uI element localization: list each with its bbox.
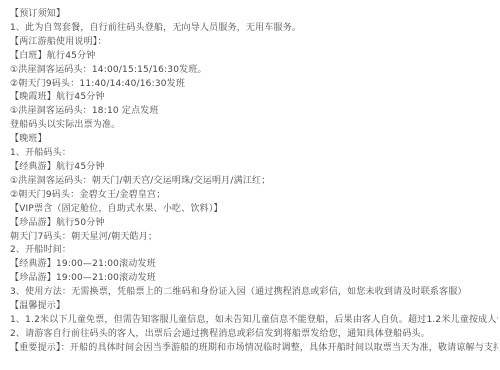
text-line: 登船码头以实际出票为准。 <box>10 119 498 133</box>
text-line: 1、此为自驾套餐，自行前往码头登船，无向导人员服务，无用车服务。 <box>10 22 498 36</box>
section-title-line: 【两江游船使用说明】： <box>10 36 498 50</box>
text-line: ②朝天门9码头：11:40/14:40/16:30发班 <box>10 78 498 92</box>
text-line: ②朝天门9码头：金碧女王/金碧皇宫； <box>10 189 498 203</box>
classic-tour-title-line: 【经典游】航行45分钟 <box>10 161 498 175</box>
section-title-line: 【预订须知】 <box>10 8 498 22</box>
section-booking-notice: 【预订须知】 1、此为自驾套餐，自行前往码头登船，无向导人员服务，无用车服务。 <box>10 8 498 36</box>
day-shift-title-line: 【白班】航行45分钟 <box>10 50 498 64</box>
text-line: 2、请游客自行前往码头的客人，出票后会通过携程消息或彩信发到将船票发给您，通知具… <box>10 328 498 342</box>
text-line: 2、开船时间： <box>10 244 498 258</box>
section-important-note: 【重要提示】：开船的具体时间会因当季游船的班期和市场情况临时调整，具体开船时间以… <box>10 342 498 356</box>
text-line: 3、使用方法：无需换票，凭船票上的二维码和身份证入园（通过携程消息或彩信，如您未… <box>10 286 498 300</box>
text-line: 1、开船码头： <box>10 147 498 161</box>
text-line: 【珍品游】19:00—21:00滚动发班 <box>10 272 498 286</box>
text-line: 【经典游】19:00—21:00滚动发班 <box>10 258 498 272</box>
section-title-line: 【温馨提示】 <box>10 300 498 314</box>
text-line: 朝天门7码头：朝天星河/朝天皓月； <box>10 231 498 245</box>
text-line: ①洪崖洞客运码头：朝天门/朝天宫/交运明珠/交运明月/满江红； <box>10 175 498 189</box>
booking-notice-document: 【预订须知】 1、此为自驾套餐，自行前往码头登船，无向导人员服务，无用车服务。 … <box>0 0 500 370</box>
important-note-line: 【重要提示】：开船的具体时间会因当季游船的班期和市场情况临时调整，具体开船时间以… <box>10 342 498 356</box>
premium-tour-title-line: 【珍品游】航行50分钟 <box>10 217 498 231</box>
section-cruise-usage-instructions: 【两江游船使用说明】： 【白班】航行45分钟 ①洪崖洞客运码头：14:00/15… <box>10 36 498 300</box>
text-line: ①洪崖洞客运码头：14:00/15:15/16:30发班。 <box>10 64 498 78</box>
night-shift-title-line: 【晚班】 <box>10 133 498 147</box>
text-line: ①洪崖洞客运码头：18:10 定点发班 <box>10 105 498 119</box>
sunset-shift-title-line: 【晚霞班】航行45分钟 <box>10 91 498 105</box>
text-line: 1、1.2米以下儿童免票，但需告知客服儿童信息，如未告知儿童信息不能登船，后果由… <box>10 314 498 328</box>
vip-ticket-line: 【VIP票含（固定舱位，自助式水果、小吃、饮料）】 <box>10 203 498 217</box>
section-warm-tips: 【温馨提示】 1、1.2米以下儿童免票，但需告知客服儿童信息，如未告知儿童信息不… <box>10 300 498 342</box>
